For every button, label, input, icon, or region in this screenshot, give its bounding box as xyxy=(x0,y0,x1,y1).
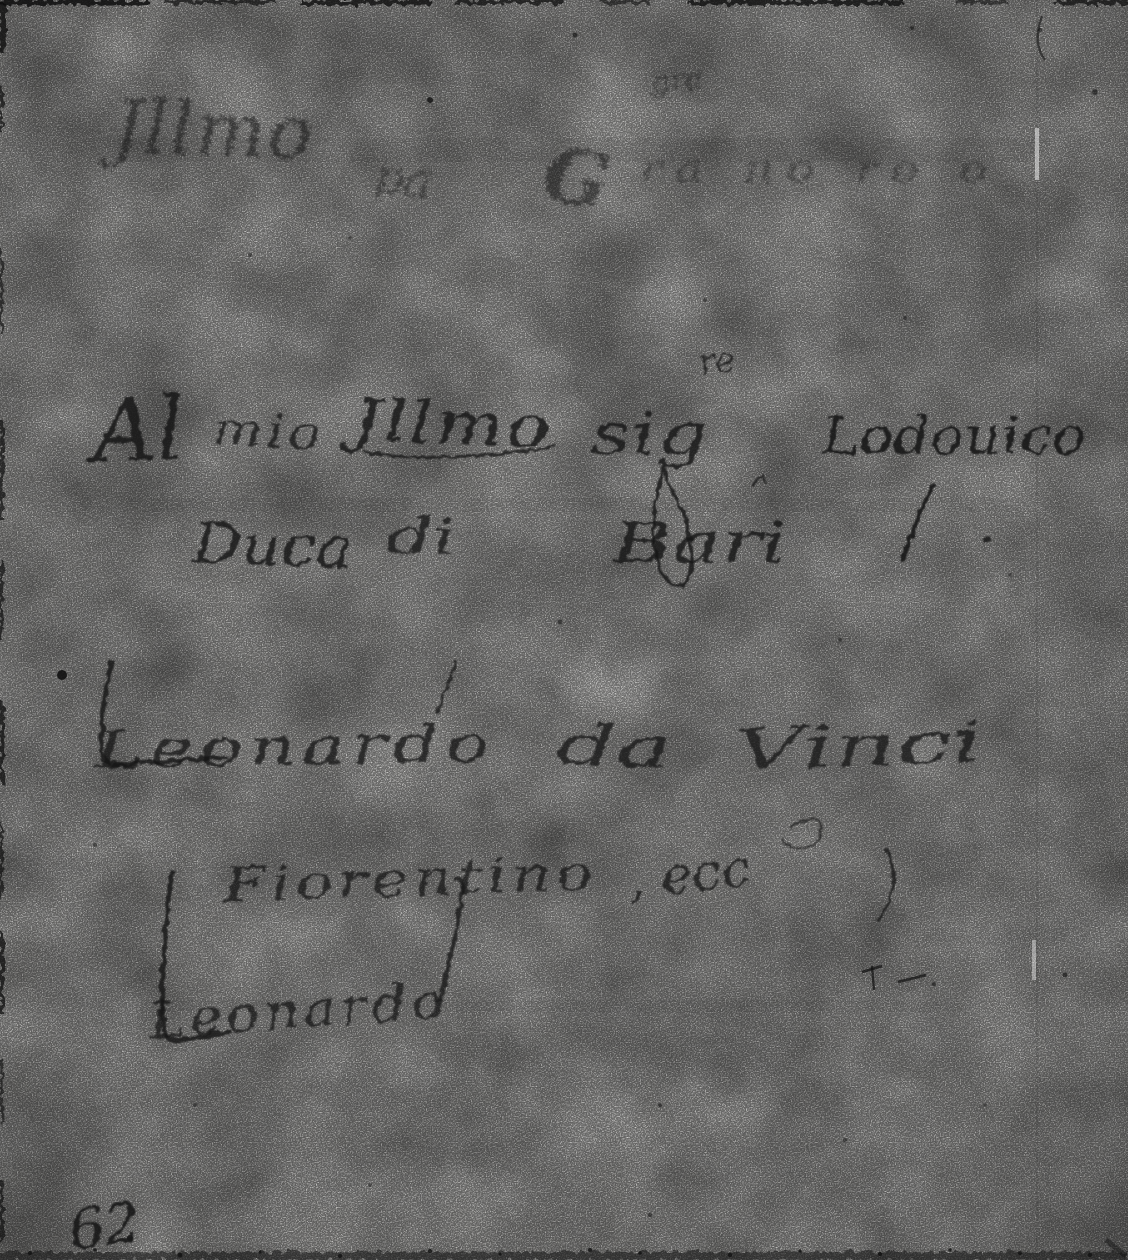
word-lodovico: Lodouico xyxy=(821,407,1087,467)
word-mio: mio xyxy=(211,401,326,461)
heading-superscript: gra xyxy=(650,61,704,100)
word-jllmo: Jllmo xyxy=(339,386,554,461)
word-di: di xyxy=(386,508,456,566)
superscript-re: re xyxy=(697,339,737,383)
closing-dot: . xyxy=(978,487,997,557)
manuscript-scan-svg: Jllmo pa G ra no ro o gra Al mio Jllmo s… xyxy=(0,0,1128,1260)
word-duca: Duca xyxy=(190,511,353,582)
word-bari: Bari xyxy=(611,511,787,576)
word-leonardo: Leonardo xyxy=(94,714,496,781)
heading-word-jllmo: Jllmo xyxy=(98,84,316,177)
heading-word-trail: ra no ro o xyxy=(640,147,1000,191)
heading-word-2: pa xyxy=(371,148,436,210)
word-da: da xyxy=(556,713,673,782)
folio-number: 62 xyxy=(65,1190,145,1260)
word-vinci: Vinci xyxy=(732,707,984,784)
manuscript-page: Jllmo pa G ra no ro o gra Al mio Jllmo s… xyxy=(0,0,1128,1260)
word-sig: sig xyxy=(590,400,708,468)
word-al: Al xyxy=(84,377,186,483)
word-etc: , ecc xyxy=(625,838,753,910)
